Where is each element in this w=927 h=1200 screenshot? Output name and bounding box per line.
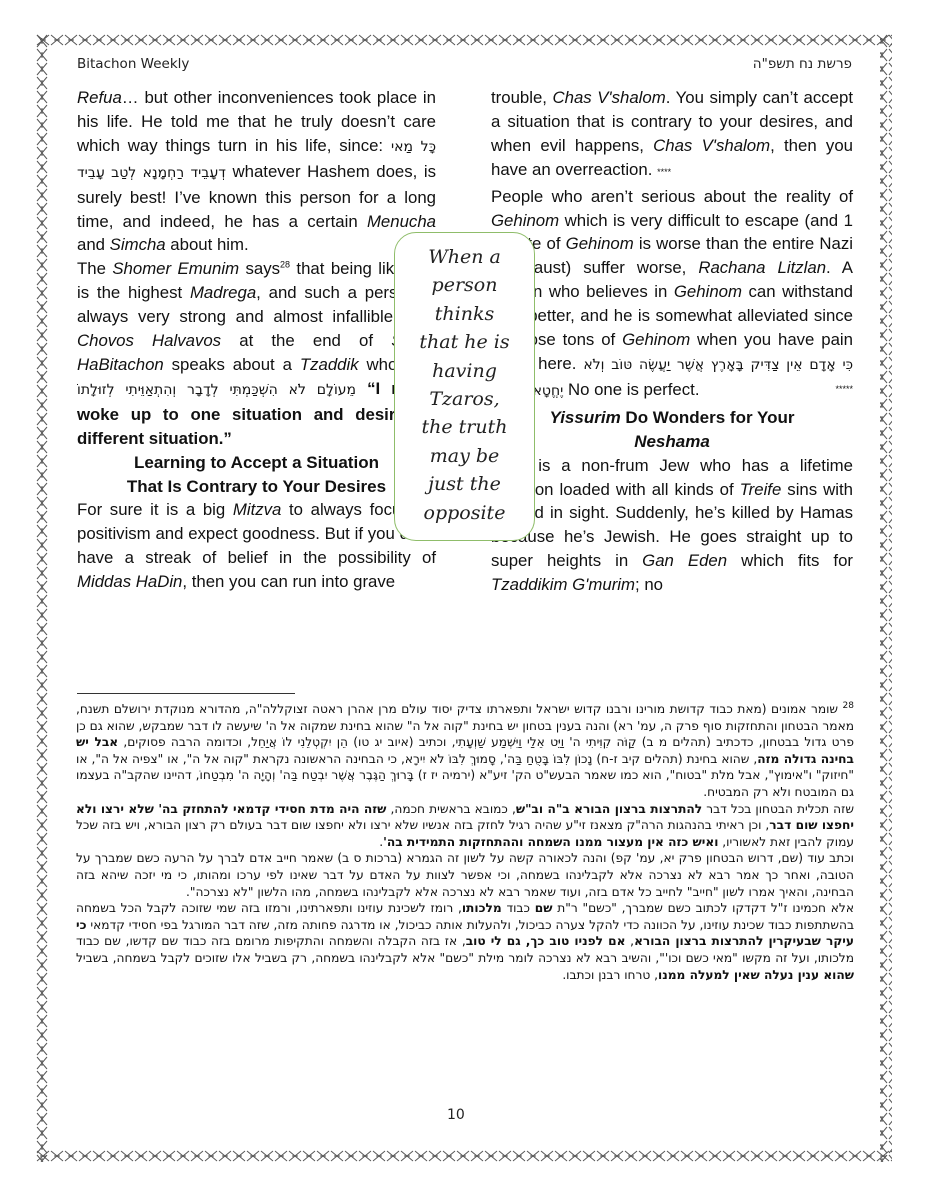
hebrew-quote: מֵעוֹלָם לֹא הִשְׁכַּמְתִּי לְדָבָר וְהִ…	[77, 382, 356, 398]
section-heading: Learning to Accept a Situation That Is C…	[77, 451, 436, 499]
italic-term: Shomer Emunim	[112, 259, 239, 278]
heading-line: Yissurim Do Wonders for Your	[491, 406, 853, 430]
text: כבוד	[502, 901, 535, 915]
section-heading: Yissurim Do Wonders for Your Neshama	[491, 406, 853, 454]
pull-quote-line: opposite	[395, 499, 534, 527]
text: , כמובא בראשית חכמה,	[386, 802, 515, 816]
pull-quote-line: person	[395, 271, 534, 299]
pull-quote-line: thinks	[395, 300, 534, 328]
italic-term: Gan Eden	[642, 551, 727, 570]
italic-term: Middas HaDin	[77, 572, 182, 591]
italic-term: Gehinom	[566, 234, 634, 253]
text: שזה תכלית הבטחון בכל דבר	[702, 802, 854, 816]
footnote-number: 28	[843, 701, 854, 711]
bold-text: אם לפניו טוב כך, גם לי טוב	[466, 934, 626, 948]
italic-term: Tzaddik	[300, 355, 359, 374]
text: , טרחו רבנן וכתבו.	[562, 968, 658, 982]
italic-term: Simcha	[110, 235, 166, 254]
text: אלא חכמינו ז"ל דקדקו לכתוב כשם שמברך, "כ…	[552, 901, 854, 915]
italic-term: Tzaddikim G'murim	[491, 575, 635, 594]
footnote-28: 28 שומר אמונים (מאת כבוד קדושת מורינו ור…	[76, 701, 854, 983]
text: , then you can run into grave	[182, 572, 395, 591]
footnote-paragraph: וכתב עוד (שם, דרוש הבטחון פרק יא, עמ' קפ…	[76, 850, 854, 900]
italic-term: Rachana Litzlan	[698, 258, 826, 277]
publication-title: Bitachon Weekly	[77, 56, 189, 72]
pull-quote-line: that he is	[395, 328, 534, 356]
text: trouble,	[491, 88, 553, 107]
italic-term: Menucha	[367, 212, 436, 231]
text: at the end of	[221, 331, 391, 350]
parsha-header: פרשת נח תשפ"ה	[700, 56, 852, 72]
bold-text: שהוא ענין נעלה שאין למעלה ממנו	[658, 968, 854, 982]
heading-line: Learning to Accept a Situation	[77, 451, 436, 475]
text: Do Wonders for Your	[621, 408, 795, 427]
right-column: trouble, Chas V'shalom. You simply can’t…	[491, 86, 853, 597]
text: שומר אמונים (מאת כבוד קדושת מורינו ורבנו…	[76, 702, 854, 749]
pull-quote-line: Tzaros,	[395, 385, 534, 413]
pull-quote-line: having	[395, 357, 534, 385]
italic-term: Yissurim	[550, 408, 621, 427]
page-number: 10	[447, 1107, 465, 1123]
italic-term: Treife	[740, 480, 782, 499]
pull-quote-line: may be	[395, 442, 534, 470]
pull-quote-line: When a	[395, 243, 534, 271]
italic-term: Neshama	[634, 432, 710, 451]
text: which fits for	[727, 551, 853, 570]
heading-line: That Is Contrary to Your Desires	[77, 475, 436, 499]
bold-text: מלכותו	[462, 901, 502, 915]
text: about him.	[166, 235, 249, 254]
footnote-reference[interactable]: 28	[280, 260, 290, 270]
footnote-paragraph: 28 שומר אמונים (מאת כבוד קדושת מורינו ור…	[76, 701, 854, 801]
italic-term: Madrega	[190, 283, 256, 302]
text: ,	[625, 934, 634, 948]
text: The	[77, 259, 112, 278]
italic-term: Chovos Halvavos	[77, 331, 221, 350]
bold-text: להתרצות ברצון הבורא ב"ה וב"ש	[516, 802, 702, 816]
footnote-paragraph: אלא חכמינו ז"ל דקדקו לכתוב כשם שמברך, "כ…	[76, 900, 854, 983]
bold-text: ואיש כזה אין מעצור ממנו השמחה וההתחזקות …	[383, 835, 718, 849]
paragraph: The Shomer Emunim says28 that being like…	[77, 257, 436, 450]
italic-term: Mitzva	[233, 500, 281, 519]
heading-line: Neshama	[491, 430, 853, 454]
paragraph: People who aren’t serious about the real…	[491, 185, 853, 406]
paragraph: Refua… but other inconveniences took pla…	[77, 86, 436, 257]
footnote-separator	[77, 693, 295, 694]
section-stars: ****	[657, 167, 671, 177]
italic-term: Refua	[77, 88, 122, 107]
paragraph: For sure it is a big Mitzva to always fo…	[77, 498, 436, 594]
italic-term: Gehinom	[674, 282, 742, 301]
footnote-paragraph: שזה תכלית הבטחון בכל דבר להתרצות ברצון ה…	[76, 801, 854, 851]
left-column: Refua… but other inconveniences took pla…	[77, 86, 436, 594]
text: … but other inconveniences took place in…	[77, 88, 436, 155]
paragraph: Here is a non-frum Jew who has a lifetim…	[491, 454, 853, 597]
text: People who aren’t serious about the real…	[491, 187, 853, 206]
text: ; no	[635, 575, 663, 594]
italic-term: Chas V'shalom	[653, 136, 770, 155]
pull-quote-line: the truth	[395, 413, 534, 441]
italic-term: Gehinom	[491, 211, 559, 230]
text: No one is perfect.	[563, 380, 699, 399]
pull-quote-box: When a person thinks that he is having T…	[394, 232, 535, 541]
text: For sure it is a big	[77, 500, 233, 519]
italic-term: Gehinom	[622, 330, 690, 349]
italic-term: Chas V'shalom	[553, 88, 666, 107]
text: says	[239, 259, 280, 278]
bold-text: שם	[535, 901, 553, 915]
text: and	[77, 235, 110, 254]
text: speaks about a	[164, 355, 300, 374]
pull-quote-line: just the	[395, 470, 534, 498]
section-stars: *****	[835, 378, 853, 402]
paragraph: trouble, Chas V'shalom. You simply can’t…	[491, 86, 853, 185]
text: , שהוא בחינת (תהלים קיב ז-ח) נָכוֹן לִבּ…	[76, 752, 854, 799]
